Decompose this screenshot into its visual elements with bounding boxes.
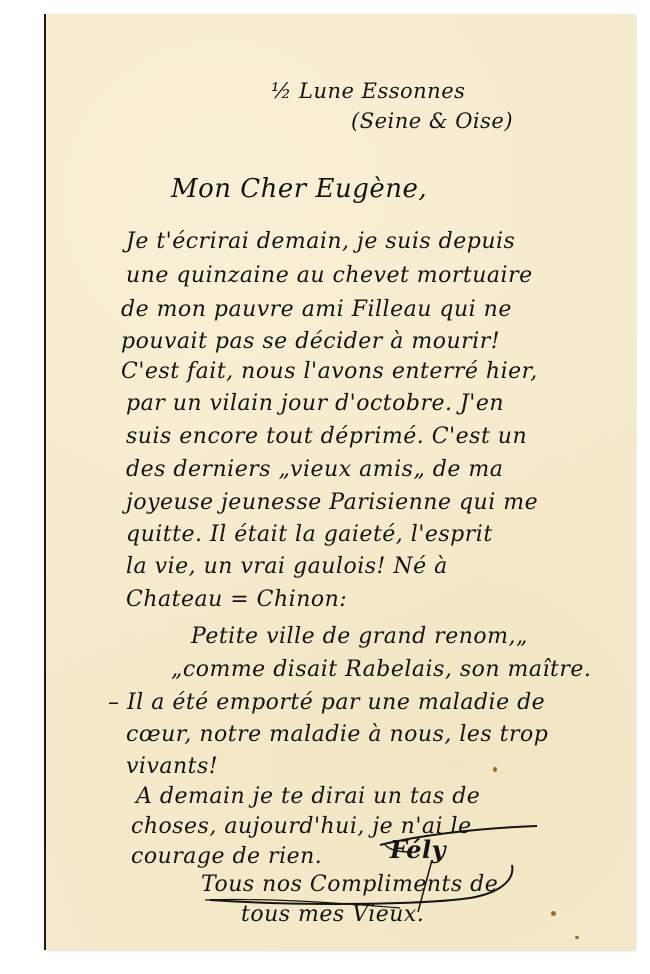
signature-flourish-icon — [0, 0, 650, 974]
signature: Fély — [390, 835, 446, 864]
